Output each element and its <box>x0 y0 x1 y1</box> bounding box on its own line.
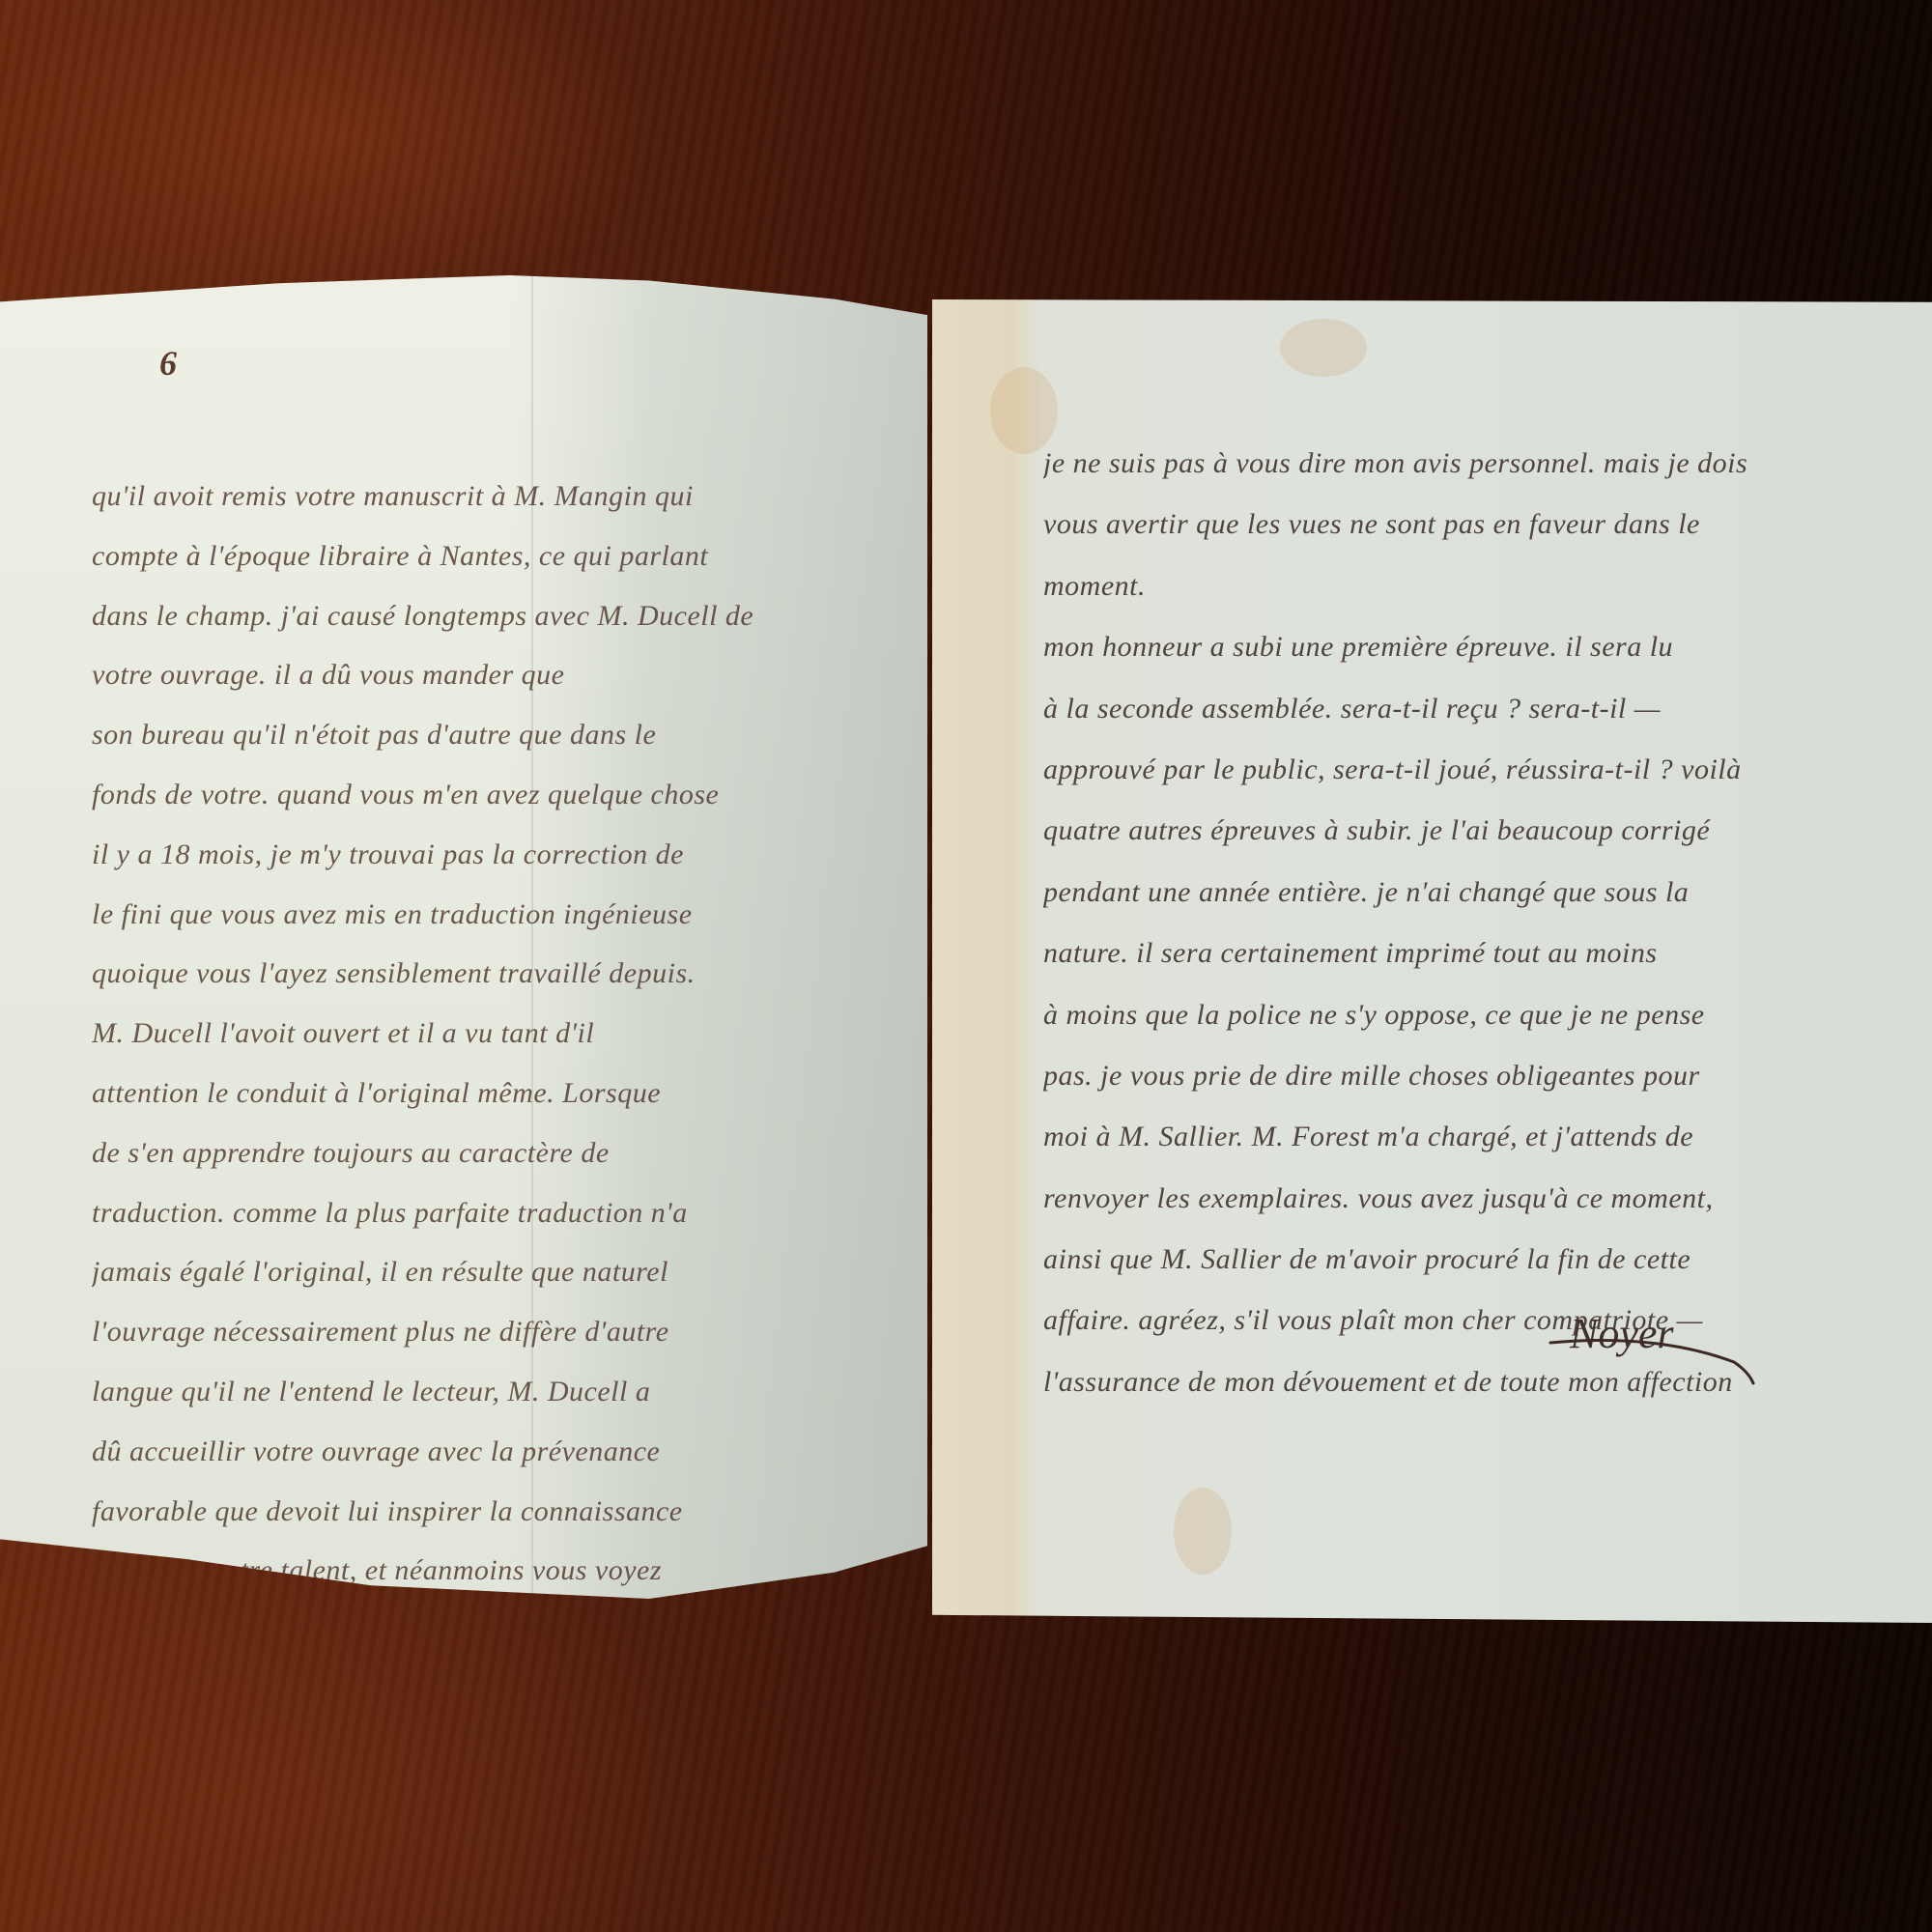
handwritten-line: attention le conduit à l'original même. … <box>92 1065 913 1122</box>
handwritten-line: compte à l'époque libraire à Nantes, ce … <box>92 528 913 584</box>
handwritten-line: nature. il sera certainement imprimé tou… <box>1043 924 1932 982</box>
letter-left-page: 6 qu'il avoit remis votre manuscrit à M.… <box>0 275 927 1599</box>
handwritten-line: qu'il a de votre talent, et néanmoins vo… <box>92 1543 913 1599</box>
handwritten-line: de s'en apprendre toujours au caractère … <box>92 1125 913 1181</box>
handwritten-line: le fini que vous avez mis en traduction … <box>92 887 913 943</box>
handwritten-line: traduction. comme la plus parfaite tradu… <box>92 1185 913 1241</box>
handwritten-line: favorable que devoit lui inspirer la con… <box>92 1484 913 1540</box>
handwritten-line: M. Ducell l'avoit ouvert et il a vu tant… <box>92 1006 913 1062</box>
handwritten-line: langue qu'il ne l'entend le lecteur, M. … <box>92 1364 913 1420</box>
left-page-text: qu'il avoit remis votre manuscrit à M. M… <box>92 469 913 1662</box>
handwritten-line: il y a 18 mois, je m'y trouvai pas la co… <box>92 827 913 883</box>
handwritten-line: son bureau qu'il n'étoit pas d'autre que… <box>92 707 913 763</box>
handwritten-line: dû accueillir votre ouvrage avec la prév… <box>92 1424 913 1480</box>
handwritten-line: quatre autres épreuves à subir. je l'ai … <box>1043 802 1932 860</box>
handwritten-line: l'ouvrage nécessairement plus ne diffère… <box>92 1304 913 1360</box>
handwritten-line: approuvé par le public, sera-t-il joué, … <box>1043 741 1932 799</box>
handwritten-line: vous avertir que les vues ne sont pas en… <box>1043 496 1932 554</box>
right-page-text: je ne suis pas à vous dire mon avis pers… <box>1043 435 1932 1414</box>
paper-stain <box>1174 1488 1232 1575</box>
handwritten-line: pas. je vous prie de dire mille choses o… <box>1043 1047 1932 1105</box>
signature-flourish-icon <box>1541 1323 1763 1391</box>
handwritten-line: qu'il avoit remis votre manuscrit à M. M… <box>92 469 913 525</box>
handwritten-line: quoique vous l'ayez sensiblement travail… <box>92 946 913 1002</box>
page-number: 6 <box>159 343 177 384</box>
handwritten-line: jamais égalé l'original, il en résulte q… <box>92 1244 913 1300</box>
handwritten-line: fonds de votre. quand vous m'en avez que… <box>92 767 913 823</box>
handwritten-line: affaire. agréez, s'il vous plaît mon che… <box>1043 1292 1932 1350</box>
handwritten-line: mon honneur a subi une première épreuve.… <box>1043 618 1932 676</box>
paper-stain <box>1280 319 1367 377</box>
handwritten-line: pendant une année entière. je n'ai chang… <box>1043 864 1932 922</box>
handwritten-line: ainsi que M. Sallier de m'avoir procuré … <box>1043 1231 1932 1289</box>
handwritten-line: dans le champ. j'ai causé longtemps avec… <box>92 588 913 644</box>
handwritten-line: l'impression qu'il a retenu d'une lectur… <box>92 1603 913 1659</box>
handwritten-line: votre ouvrage. il a dû vous mander que <box>92 647 913 703</box>
handwritten-line: à moins que la police ne s'y oppose, ce … <box>1043 986 1932 1044</box>
handwritten-line: renvoyer les exemplaires. vous avez jusq… <box>1043 1170 1932 1228</box>
handwritten-line: je ne suis pas à vous dire mon avis pers… <box>1043 435 1932 493</box>
handwritten-line: à la seconde assemblée. sera-t-il reçu ?… <box>1043 680 1932 738</box>
handwritten-line: moment. <box>1043 557 1932 615</box>
handwritten-line: moi à M. Sallier. M. Forest m'a chargé, … <box>1043 1108 1932 1166</box>
letter-right-page: je ne suis pas à vous dire mon avis pers… <box>932 299 1932 1623</box>
handwritten-line: l'assurance de mon dévouement et de tout… <box>1043 1353 1932 1411</box>
